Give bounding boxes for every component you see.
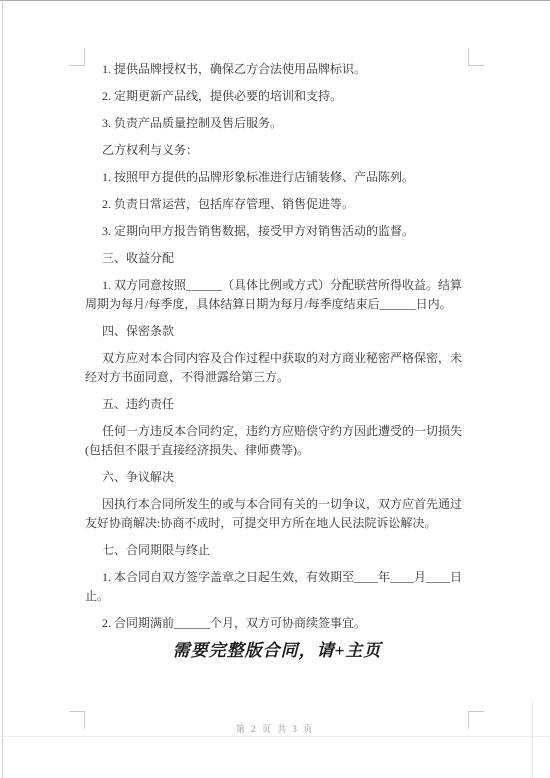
page-top-edge <box>0 0 550 1</box>
contract-paragraph: 任何一方违反本合同约定，违约方应赔偿守约方因此遭受的一切损失(包括但不限于直接经… <box>85 422 469 460</box>
contract-paragraph: 2. 合同期满前______个月，双方可协商续签事宜。 <box>85 614 469 633</box>
contract-paragraph: 四、保密条款 <box>85 322 469 341</box>
margin-mark-top-right <box>468 48 484 66</box>
contract-paragraph: 2. 定期更新产品线，提供必要的培训和支持。 <box>85 87 469 106</box>
contract-paragraph: 1. 双方同意按照______（具体比例或方式）分配联营所得收益。结算周期为每月… <box>85 276 469 314</box>
page-bottom-edge <box>0 736 550 737</box>
page-left-edge <box>2 0 3 778</box>
contract-paragraph: 1. 按照甲方提供的品牌形象标准进行店铺装修、产品陈列。 <box>85 168 469 187</box>
contract-paragraph: 1. 提供品牌授权书，确保乙方合法使用品牌标识。 <box>85 60 469 79</box>
contract-paragraph: 乙方权利与义务： <box>85 141 469 160</box>
contract-paragraph: 六、争议解决 <box>85 468 469 487</box>
contract-paragraph: 3. 定期向甲方报告销售数据，接受甲方对销售活动的监督。 <box>85 222 469 241</box>
page-right-edge <box>532 700 533 778</box>
margin-mark-top-left <box>69 48 85 66</box>
promo-line: 需要完整版合同，请+主页 <box>85 641 469 660</box>
contract-paragraph: 七、合同期限与终止 <box>85 541 469 560</box>
contract-paragraph: 2. 负责日常运营，包括库存管理、销售促进等。 <box>85 195 469 214</box>
page-number: 第 2 页 共 3 页 <box>0 722 550 735</box>
contract-paragraph: 三、收益分配 <box>85 249 469 268</box>
contract-paragraph: 1. 本合同自双方签字盖章之日起生效，有效期至____年____月____日止。 <box>85 568 469 606</box>
document-body: 1. 提供品牌授权书，确保乙方合法使用品牌标识。2. 定期更新产品线，提供必要的… <box>85 60 469 668</box>
document-page: 1. 提供品牌授权书，确保乙方合法使用品牌标识。2. 定期更新产品线，提供必要的… <box>0 0 550 778</box>
contract-paragraph: 双方应对本合同内容及合作过程中获取的对方商业秘密严格保密，未经对方书面同意，不得… <box>85 349 469 387</box>
contract-paragraph: 五、违约责任 <box>85 395 469 414</box>
contract-paragraph: 3. 负责产品质量控制及售后服务。 <box>85 114 469 133</box>
contract-paragraph: 因执行本合同所发生的或与本合同有关的一切争议，双方应首先通过友好协商解决:协商不… <box>85 495 469 533</box>
